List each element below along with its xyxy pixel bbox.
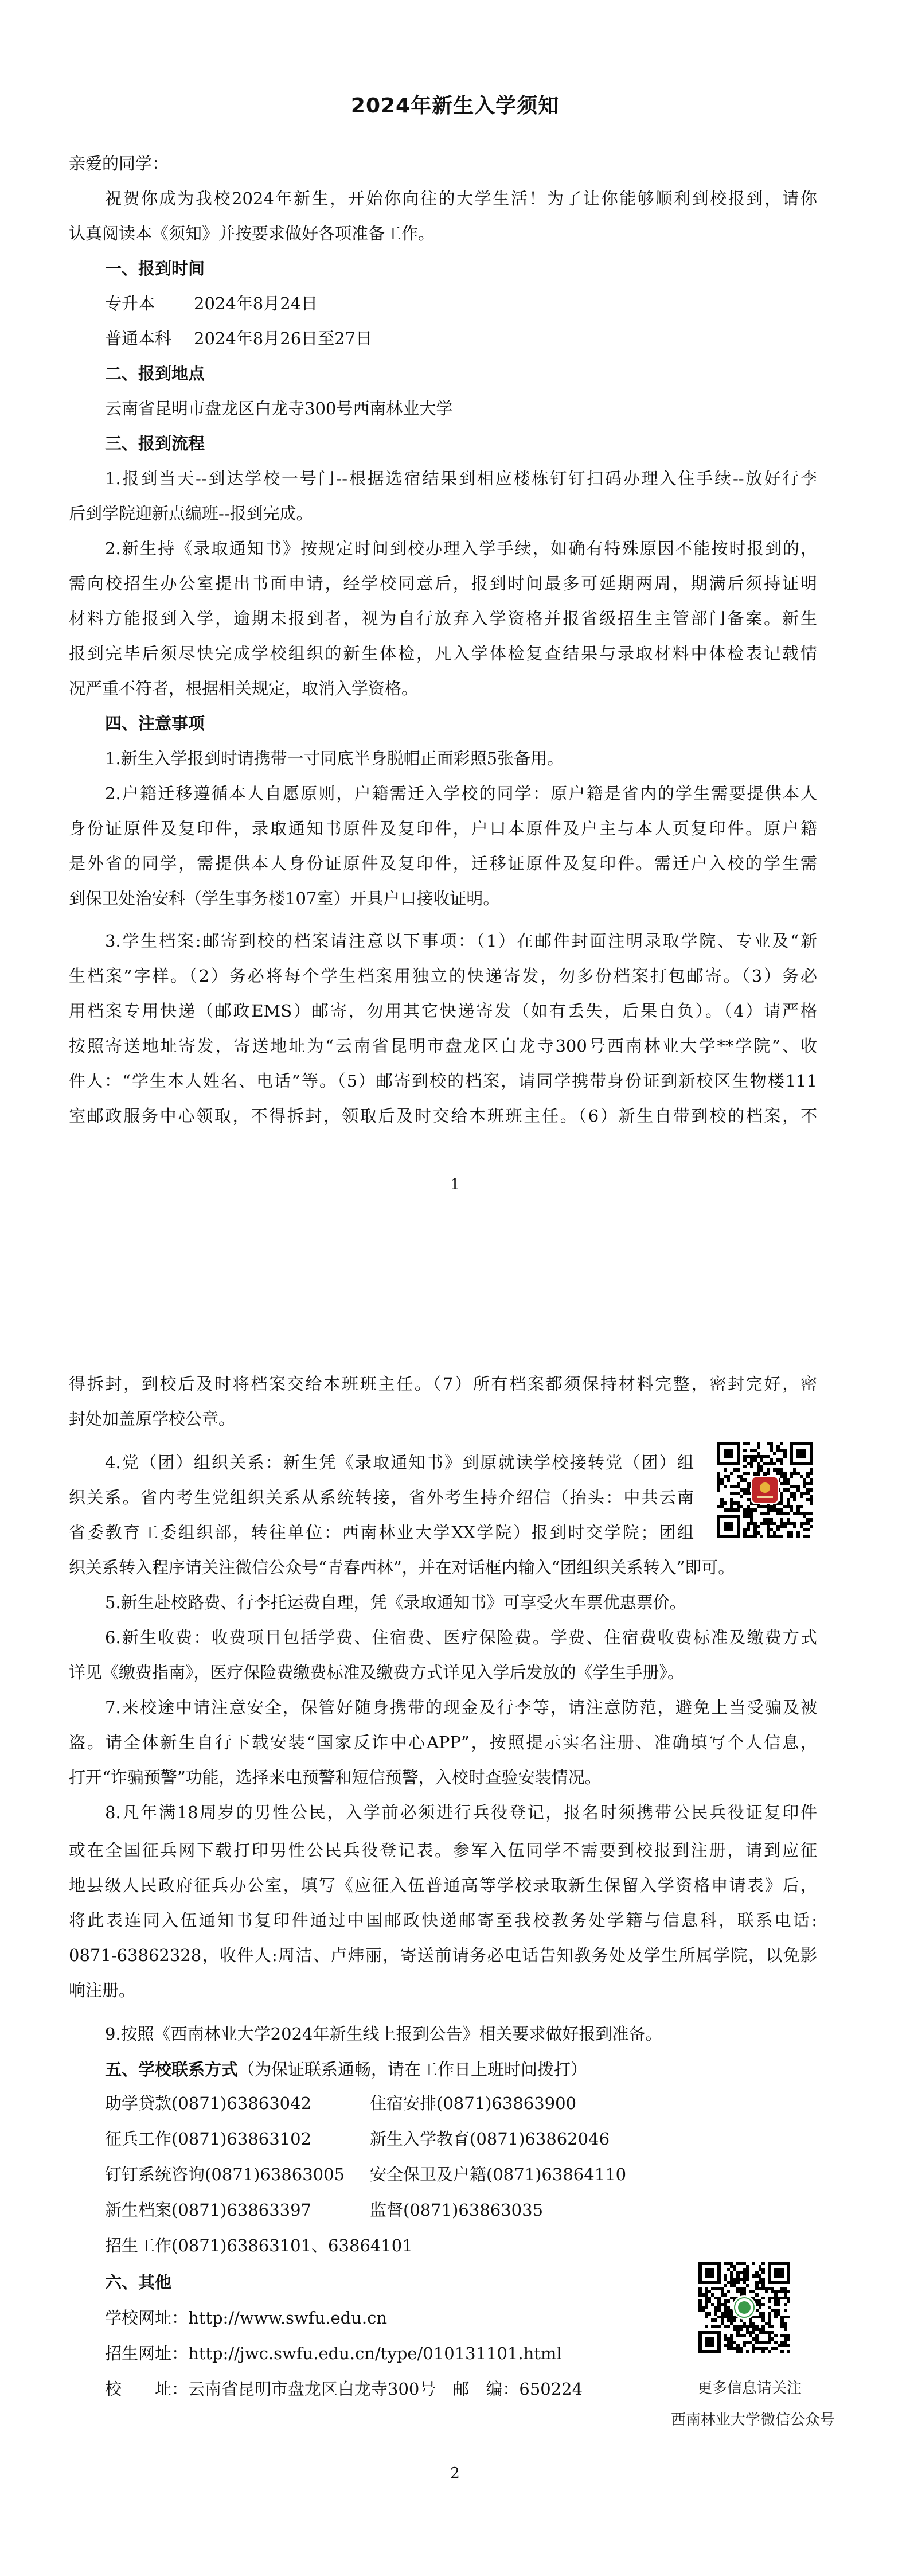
admissions-website-row: 招生网址：http://jwc.swfu.edu.cn/type/0101311… — [105, 2342, 562, 2365]
contact-housing: 住宿安排(0871)63863900 — [370, 2092, 576, 2115]
website-link[interactable]: http://www.swfu.edu.cn — [188, 2308, 387, 2328]
process-item2-line: 需向校招生办公室提出书面申请，经学校同意后，报到时间最多可延期两周，期满后须持证… — [69, 572, 817, 595]
time-row-benke: 普通本科2024年8月26日至27日 — [105, 327, 372, 350]
section-heading-other: 六、其他 — [105, 2271, 171, 2294]
notes-item6-line: 详见《缴费指南》，医疗保险费缴费标准及缴费方式详见入学后发放的《学生手册》。 — [69, 1661, 817, 1684]
notes-item3-line: 件人：“学生本人姓名、电话”等。（5）邮寄到校的档案，请同学携带身份证到新校区生… — [69, 1069, 817, 1092]
university-emblem-icon — [734, 2297, 755, 2318]
process-item2-line: 报到完毕后须尽快完成学校组织的新生体检，凡入学体检复查结果与录取材料中体检表记载… — [69, 642, 817, 665]
qr-caption-line1: 更多信息请关注 — [697, 2379, 802, 2398]
contact-enlistment: 征兵工作(0871)63863102 — [105, 2127, 311, 2150]
contact-admissions: 招生工作(0871)63863101、63864101 — [105, 2234, 413, 2257]
page-number-1: 1 — [0, 1176, 910, 1193]
notes-item3-line: 室邮政服务中心领取，不得拆封，领取后及时交给本班班主任。（6）新生自带到校的档案… — [69, 1104, 817, 1127]
time-value: 2024年8月26日至27日 — [194, 329, 372, 348]
notes-item4-line: 织关系转入程序请关注微信公众号“青春西林”，并在对话框内输入“团组织关系转入”即… — [69, 1556, 817, 1579]
time-label: 专升本 — [105, 292, 194, 315]
notes-item2-line: 是外省的同学，需提供本人身份证原件及复印件，迁移证原件及复印件。需迁户入校的学生… — [69, 852, 817, 875]
notes-item3-line: 生档案”字样。（2）务必将每个学生档案用独立的快递寄发，勿多份档案打包邮寄。（3… — [69, 964, 817, 987]
contact-security: 安全保卫及户籍(0871)63864110 — [370, 2163, 626, 2186]
notes-item4-line: 织关系。省内考生党组织关系从系统转接，省外考生持介绍信（抬头：中共云南 — [69, 1486, 694, 1509]
greeting: 亲爱的同学： — [69, 152, 817, 175]
process-item1-line: 1.报到当天--到达学校一号门--根据选宿结果到相应楼栋钉钉扫码办理入住手续--… — [105, 467, 817, 490]
process-item2-line: 材料方能报到入学，逾期未报到者，视为自行放弃入学资格并报省级招生主管部门备案。新… — [69, 607, 817, 630]
notes-item2-line: 到保卫处治安科（学生事务楼107室）开具户口接收证明。 — [69, 887, 817, 910]
notes-item3-line: 用档案专用快递（邮政EMS）邮寄，勿用其它快递寄发（如有丢失，后果自负）。（4）… — [69, 999, 817, 1022]
process-item2-line: 2.新生持《录取通知书》按规定时间到校办理入学手续，如确有特殊原因不能按时报到的… — [105, 537, 817, 560]
notes-item8-line: 将此表连同入伍通知书复印件通过中国邮政快递邮寄至我校教务处学籍与信息科，联系电话… — [69, 1909, 817, 1932]
qr-logo-university-emblem — [734, 2297, 755, 2318]
notes-item5-line: 5.新生赴校路费、行李托运费自理，凭《录取通知书》可享受火车票优惠票价。 — [105, 1591, 817, 1614]
contact-supervision: 监督(0871)63863035 — [370, 2198, 543, 2221]
notes-item7-line: 盗。请全体新生自行下载安装“国家反诈中心APP”，按照提示实名注册、准确填写个人… — [69, 1731, 817, 1754]
time-label: 普通本科 — [105, 327, 194, 350]
notes-item3-line: 封处加盖原学校公章。 — [69, 1407, 817, 1430]
section-heading-process: 三、报到流程 — [105, 432, 205, 455]
notes-item7-line: 打开“诈骗预警”功能，选择来电预警和短信预警，入校时查验安装情况。 — [69, 1766, 817, 1789]
notes-item6-line: 6.新生收费：收费项目包括学费、住宿费、医疗保险费。学费、住宿费收费标准及缴费方… — [105, 1626, 817, 1649]
notes-item3-line: 按照寄送地址寄发，寄送地址为“云南省昆明市盘龙区白龙寺300号西南林业大学**学… — [69, 1034, 817, 1057]
notes-item3-line: 得拆封，到校后及时将档案交给本班班主任。（7）所有档案都须保持材料完整，密封完好… — [69, 1372, 817, 1395]
address-label: 校 址： — [105, 2379, 188, 2399]
notes-item4-line: 4.党（团）组织关系：新生凭《录取通知书》到原就读学校接转党（团）组 — [105, 1451, 694, 1474]
school-address-row: 校 址：云南省昆明市盘龙区白龙寺300号 邮 编：650224 — [105, 2377, 583, 2400]
notes-item8-line: 或在全国征兵网下载打印男性公民兵役登记表。参军入伍同学不需要到校报到注册，请到应… — [69, 1839, 817, 1862]
contact-archives: 新生档案(0871)63863397 — [105, 2198, 311, 2221]
contacts-heading-note: （为保证联系通畅，请在工作日上班时间拨打） — [238, 2060, 587, 2079]
notes-item7-line: 7.来校途中请注意安全，保管好随身携带的现金及行李等，请注意防范，避免上当受骗及… — [105, 1696, 817, 1719]
address-value: 云南省昆明市盘龙区白龙寺300号 邮 编：650224 — [188, 2379, 583, 2399]
process-item2-line: 况严重不符者，根据相关规定，取消入学资格。 — [69, 677, 817, 700]
admissions-website-label: 招生网址： — [105, 2344, 188, 2363]
notes-item8-line: 8.凡年满18周岁的男性公民，入学前必须进行兵役登记，报名时须携带公民兵役证复印… — [105, 1801, 817, 1824]
process-item1-line: 后到学院迎新点编班--报到完成。 — [69, 502, 817, 525]
document-title: 2024年新生入学须知 — [0, 90, 910, 119]
website-label: 学校网址： — [105, 2308, 188, 2328]
admissions-website-link[interactable]: http://jwc.swfu.edu.cn/type/010131101.ht… — [188, 2344, 562, 2363]
notes-item8-line: 0871-63862328，收件人:周洁、卢炜丽，寄送前请务必电话告知教务处及学… — [69, 1944, 817, 1967]
time-value: 2024年8月24日 — [194, 294, 318, 313]
intro-line: 认真阅读本《须知》并按要求做好各项准备工作。 — [69, 222, 817, 245]
notes-item8-line: 地县级人民政府征兵办公室，填写《应征入伍普通高等学校录取新生保留入学资格申请表》… — [69, 1874, 817, 1897]
section-heading-notes: 四、注意事项 — [105, 712, 205, 735]
emblem-icon — [752, 1477, 778, 1503]
notes-item8-line: 响注册。 — [69, 1979, 817, 2002]
section-heading-time: 一、报到时间 — [105, 257, 205, 280]
contact-dingtalk: 钉钉系统咨询(0871)63863005 — [105, 2163, 345, 2186]
section-heading-contacts: 五、学校联系方式（为保证联系通畅，请在工作日上班时间拨打） — [105, 2058, 587, 2081]
contacts-heading-text: 五、学校联系方式 — [105, 2060, 238, 2079]
location-address: 云南省昆明市盘龙区白龙寺300号西南林业大学 — [105, 397, 452, 420]
qr-logo-party-icon — [752, 1477, 778, 1503]
page-number-2: 2 — [0, 2465, 910, 2482]
notes-item4-line: 省委教育工委组织部，转往单位：西南林业大学XX学院）报到时交学院；团组 — [69, 1521, 694, 1544]
notes-item3-line: 3.学生档案:邮寄到校的档案请注意以下事项：（1）在邮件封面注明录取学院、专业及… — [105, 929, 817, 952]
notes-item1-line: 1.新生入学报到时请携带一寸同底半身脱帽正面彩照5张备用。 — [105, 747, 817, 770]
notes-item9-line: 9.按照《西南林业大学2024年新生线上报到公告》相关要求做好报到准备。 — [105, 2022, 817, 2045]
contact-loan: 助学贷款(0871)63863042 — [105, 2092, 311, 2115]
notes-item2-line: 身份证原件及复印件，录取通知书原件及复印件，户口本原件及户主与本人页复印件。原户… — [69, 817, 817, 840]
notes-item2-line: 2.户籍迁移遵循本人自愿原则，户籍需迁入学校的同学：原户籍是省内的学生需要提供本… — [105, 782, 817, 805]
school-website-row: 学校网址：http://www.swfu.edu.cn — [105, 2306, 387, 2329]
intro-line: 祝贺你成为我校2024年新生，开始你向往的大学生活！为了让你能够顺利到校报到，请… — [105, 187, 817, 210]
section-heading-location: 二、报到地点 — [105, 362, 205, 385]
qr-caption-line2: 西南林业大学微信公众号 — [671, 2411, 835, 2429]
contact-orientation: 新生入学教育(0871)63862046 — [370, 2127, 610, 2150]
time-row-zhuanshengben: 专升本2024年8月24日 — [105, 292, 318, 315]
